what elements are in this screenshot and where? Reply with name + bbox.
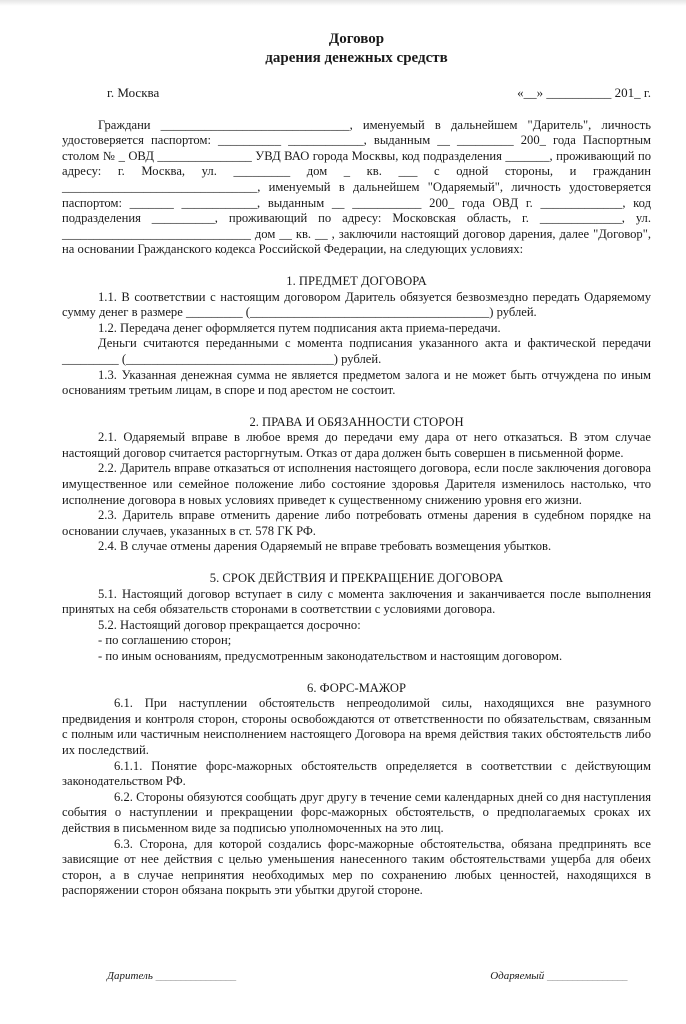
donor-signature: Даритель ________________	[107, 970, 236, 982]
clause-6-1-1: 6.1.1. Понятие форс-мажорных обстоятельс…	[62, 759, 651, 790]
donor-label: Даритель	[107, 970, 153, 982]
clause-5-2: 5.2. Настоящий договор прекращается доср…	[62, 618, 651, 634]
signature-block: Даритель ________________ Одаряемый ____…	[107, 970, 627, 982]
clause-2-3: 2.3. Даритель вправе отменить дарение ли…	[62, 508, 651, 539]
section-heading-rights: 2. ПРАВА И ОБЯЗАННОСТИ СТОРОН	[62, 415, 651, 431]
donee-signature-line: ________________	[547, 970, 627, 982]
date: «__» __________ 201_ г.	[517, 85, 651, 101]
clause-5-2-item-1: - по соглашению сторон;	[62, 633, 651, 649]
donor-signature-line: ________________	[156, 970, 236, 982]
clause-2-1: 2.1. Одаряемый вправе в любое время до п…	[62, 430, 651, 461]
clause-2-4: 2.4. В случае отмены дарения Одаряемый н…	[62, 539, 651, 555]
clause-2-2: 2.2. Даритель вправе отказаться от испол…	[62, 461, 651, 508]
clause-1-2-cont: Деньги считаются переданными с момента п…	[62, 336, 651, 367]
donee-signature: Одаряемый ________________	[490, 970, 627, 982]
title-line-2: дарения денежных средств	[62, 49, 651, 68]
section-heading-subject: 1. ПРЕДМЕТ ДОГОВОРА	[62, 274, 651, 290]
city: г. Москва	[107, 85, 159, 101]
clause-6-2: 6.2. Стороны обязуются сообщать друг дру…	[62, 790, 651, 837]
donee-label: Одаряемый	[490, 970, 544, 982]
title-line-1: Договор	[62, 30, 651, 49]
clause-6-3: 6.3. Сторона, для которой создались форс…	[62, 837, 651, 899]
section-heading-force-majeure: 6. ФОРС-МАЖОР	[62, 681, 651, 697]
clause-6-1: 6.1. При наступлении обстоятельств непре…	[62, 696, 651, 758]
clause-1-1: 1.1. В соответствии с настоящим договоро…	[62, 290, 651, 321]
top-shadow	[0, 0, 686, 6]
city-date-row: г. Москва «__» __________ 201_ г.	[62, 85, 651, 101]
clause-5-1: 5.1. Настоящий договор вступает в силу с…	[62, 587, 651, 618]
clause-1-2: 1.2. Передача денег оформляется путем по…	[62, 321, 651, 337]
clause-1-3: 1.3. Указанная денежная сумма не являетс…	[62, 368, 651, 399]
intro-paragraph: Граждани ______________________________,…	[62, 118, 651, 258]
document-page: Договор дарения денежных средств г. Моск…	[62, 30, 651, 899]
clause-5-2-item-2: - по иным основаниям, предусмотренным за…	[62, 649, 651, 665]
section-heading-term: 5. СРОК ДЕЙСТВИЯ И ПРЕКРАЩЕНИЕ ДОГОВОРА	[62, 571, 651, 587]
document-title: Договор дарения денежных средств	[62, 30, 651, 68]
